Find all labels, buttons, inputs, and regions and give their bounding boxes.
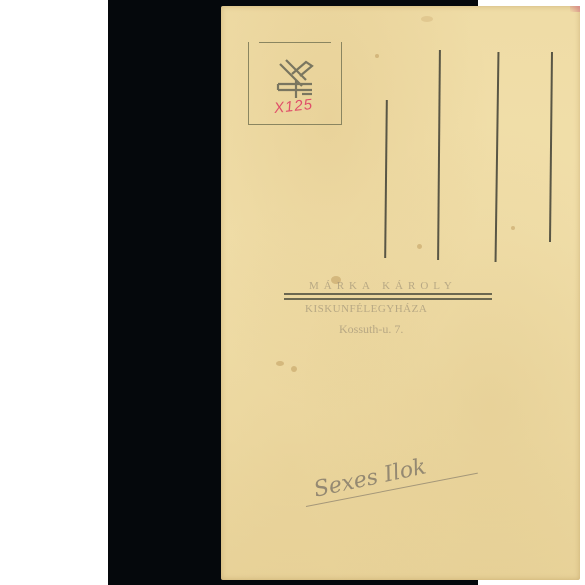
stain xyxy=(291,366,297,372)
catalog-number: X125 xyxy=(273,96,314,117)
publisher-monogram-icon xyxy=(272,54,318,100)
stain xyxy=(417,244,422,249)
studio-name: MÁRKA KÁROLY xyxy=(309,280,457,292)
publisher-logo: X125 xyxy=(248,42,342,125)
stain xyxy=(421,16,433,22)
address-line xyxy=(437,50,441,260)
address-line xyxy=(549,52,553,242)
studio-city: KISKUNFÉLEGYHÁZA xyxy=(305,303,427,315)
stain xyxy=(511,226,515,230)
corner-stain xyxy=(570,6,580,12)
handwritten-signature: Sexes Ilok xyxy=(312,454,429,502)
postcard-back: X125 MÁRKA KÁROLY KISKUNFÉLEGYHÁZA Kossu… xyxy=(221,6,580,580)
stain xyxy=(276,361,284,366)
studio-address: Kossuth-u. 7. xyxy=(339,322,403,337)
address-line xyxy=(495,52,500,262)
photo-frame: X125 MÁRKA KÁROLY KISKUNFÉLEGYHÁZA Kossu… xyxy=(108,0,478,585)
stamp-rule xyxy=(284,293,492,295)
stain xyxy=(375,54,379,58)
stamp-rule xyxy=(284,298,492,300)
address-line xyxy=(384,100,388,258)
